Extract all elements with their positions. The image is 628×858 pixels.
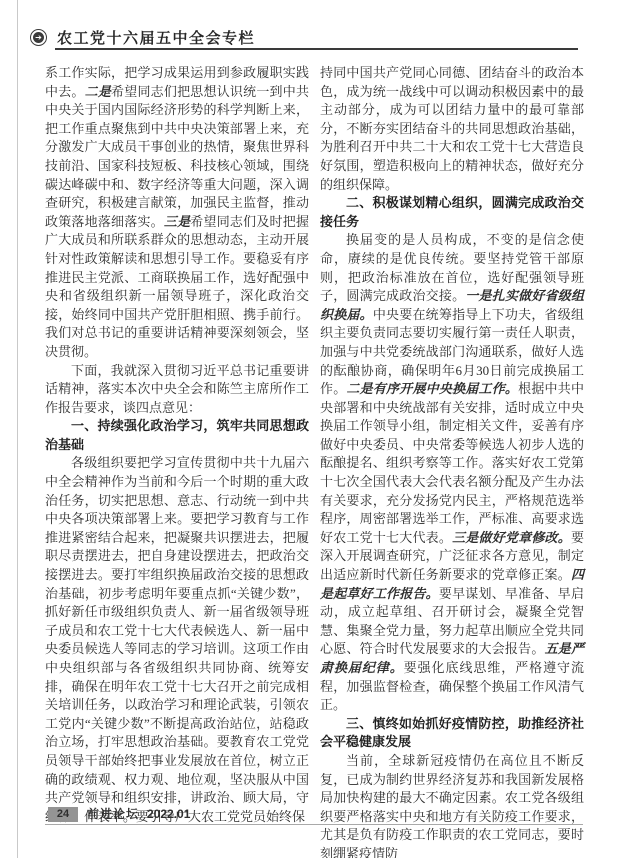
page-number-badge: 24 (48, 807, 78, 822)
journal-name: 前进论坛 (87, 807, 139, 822)
paragraph: 系工作实际，把学习成果运用到参政履职实践中去。二是希望同志们把思想认识统一到中共… (45, 64, 309, 362)
emphasis-run: 二是 (85, 84, 111, 99)
text-run: 希望同志们及时把握广大成员和所联系群众的思想动态，主动开展针对性政策解读和思想引… (45, 214, 309, 359)
footer-rule (45, 824, 583, 825)
column-title: 农工党十六届五中全会专栏 (57, 27, 255, 48)
section-heading: 二、积极谋划精心组织，圆满完成政治交接任务 (320, 194, 584, 231)
paragraph: 下面，我就深入贯彻习近平总书记重要讲话精神，落实本次中央全会和陈竺主席所作工作报… (45, 362, 309, 418)
paragraph: 当前，全球新冠疫情仍在高位且不断反复，已成为制约世界经济复苏和我国新发展格局加快… (320, 752, 584, 858)
paragraph: 换届变的是人员构成，不变的是信念使命，赓续的是优良传统。要坚持党管干部原则，把政… (320, 231, 584, 714)
text-run: 持同中国共产党同心同德、团结奋斗的政治本色，成为统一战线中可以调动积极因素中的最… (320, 65, 584, 192)
section-heading: 三、慎终如始抓好疫情防控，助推经济社会平稳健康发展 (320, 715, 584, 752)
emphasis-run: 二是有序开展中央换届工作。 (346, 381, 518, 396)
page-edge-line (17, 0, 18, 858)
issue-number: 2022.01 (147, 807, 190, 822)
text-run: 各级组织要把学习宣传贯彻中共十九届六中全会精神作为当前和今后一个时期的重大政治任… (45, 455, 309, 823)
arrow-circle-icon: ➔ (30, 29, 47, 46)
article-column-right: 持同中国共产党同心同德、团结奋斗的政治本色，成为统一战线中可以调动积极因素中的最… (320, 64, 584, 858)
section-heading: 一、持续强化政治学习，筑牢共同思想政治基础 (45, 417, 309, 454)
text-run: 希望同志们把思想认识统一到中共中央关于国内国际经济形势的科学判断上来，把工作重点… (45, 84, 309, 229)
paragraph: 各级组织要把学习宣传贯彻中共十九届六中全会精神作为当前和今后一个时期的重大政治任… (45, 454, 309, 826)
paragraph: 持同中国共产党同心同德、团结奋斗的政治本色，成为统一战线中可以调动积极因素中的最… (320, 64, 584, 194)
article-column-left: 系工作实际，把学习成果运用到参政履职实践中去。二是希望同志们把思想认识统一到中共… (45, 64, 309, 826)
journal-page: ➔ 农工党十六届五中全会专栏 系工作实际，把学习成果运用到参政履职实践中去。二是… (0, 0, 628, 858)
emphasis-run: 三是 (164, 214, 190, 229)
arrow-glyph: ➔ (33, 32, 44, 43)
column-header: ➔ 农工党十六届五中全会专栏 (30, 26, 578, 52)
text-run: 根据中共中央部署和中央统战部有关安排，适时成立中央换届工作领导小组，制定相关文件… (320, 381, 584, 545)
page-footer: 24 前进论坛 2022.01 (45, 807, 583, 827)
header-rule (55, 48, 578, 50)
emphasis-run: 三是做好党章修改。 (452, 530, 571, 545)
text-run: 下面，我就深入贯彻习近平总书记重要讲话精神，落实本次中央全会和陈竺主席所作工作报… (45, 363, 309, 415)
text-run: 当前，全球新冠疫情仍在高位且不断反复，已成为制约世界经济复苏和我国新发展格局加快… (320, 753, 584, 858)
